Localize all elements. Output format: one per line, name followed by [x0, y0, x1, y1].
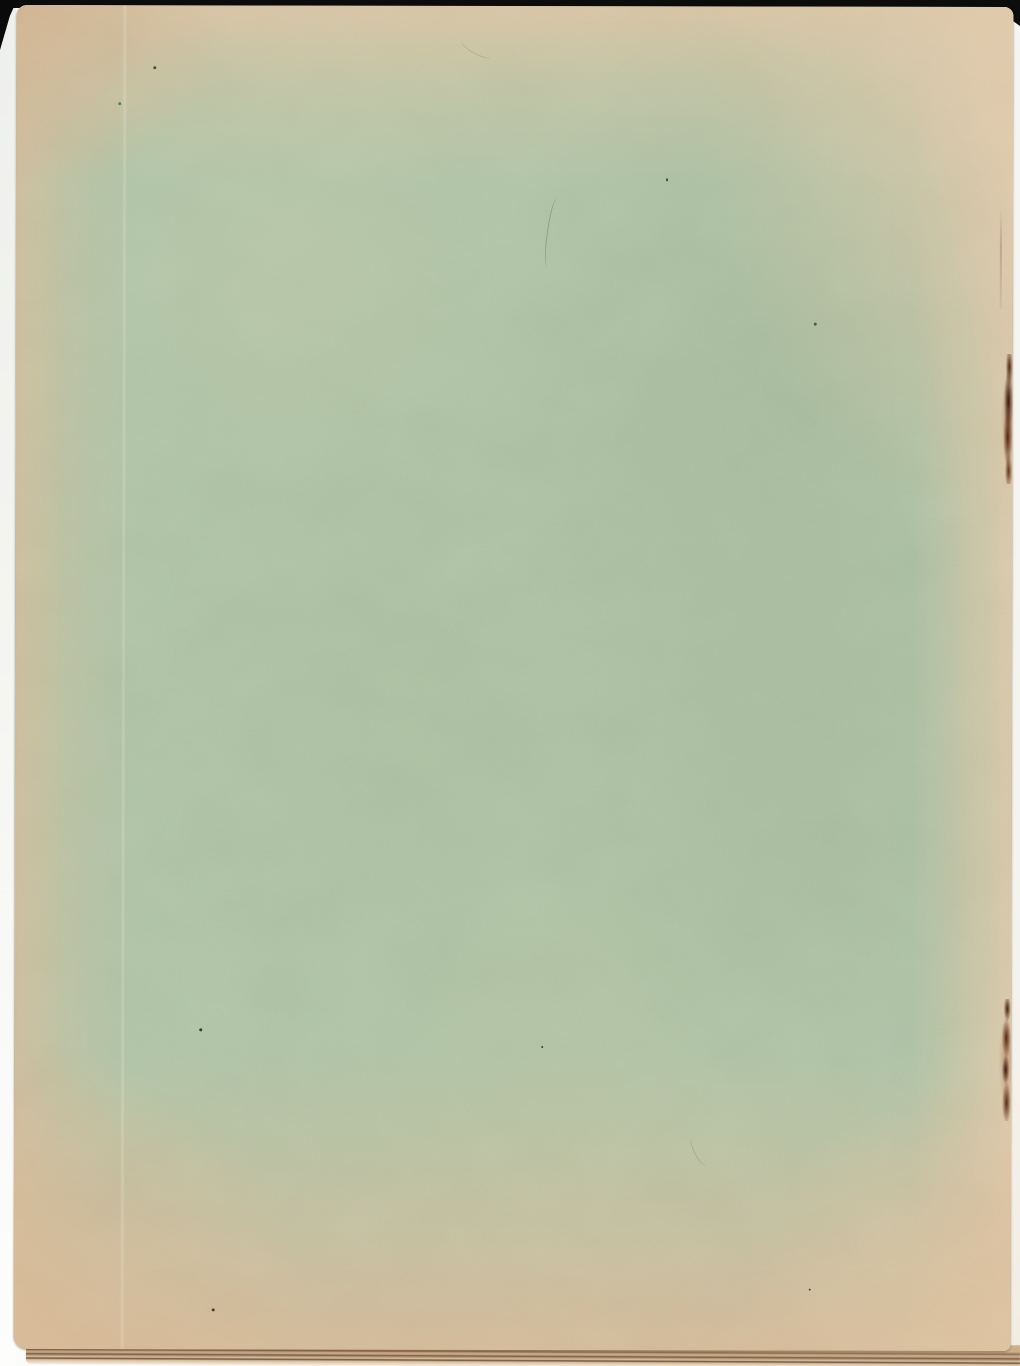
- paper-speck: [199, 1028, 202, 1031]
- rust-stain-upper-right: [1000, 354, 1013, 484]
- paper-speck: [666, 178, 668, 181]
- paper-grain-texture: [14, 5, 1014, 1351]
- paper-speck: [809, 1289, 811, 1291]
- paper-speck: [541, 1046, 543, 1048]
- rust-stain-lower-right: [998, 999, 1013, 1121]
- paper-speck: [153, 66, 156, 69]
- paper-speck: [814, 323, 817, 326]
- scanned-page-view: [0, 0, 1020, 1366]
- rust-scratch-mark: [1000, 207, 1002, 309]
- paper-speck: [212, 1308, 215, 1311]
- paper-speck: [118, 102, 121, 105]
- booklet-back-page: [14, 5, 1014, 1351]
